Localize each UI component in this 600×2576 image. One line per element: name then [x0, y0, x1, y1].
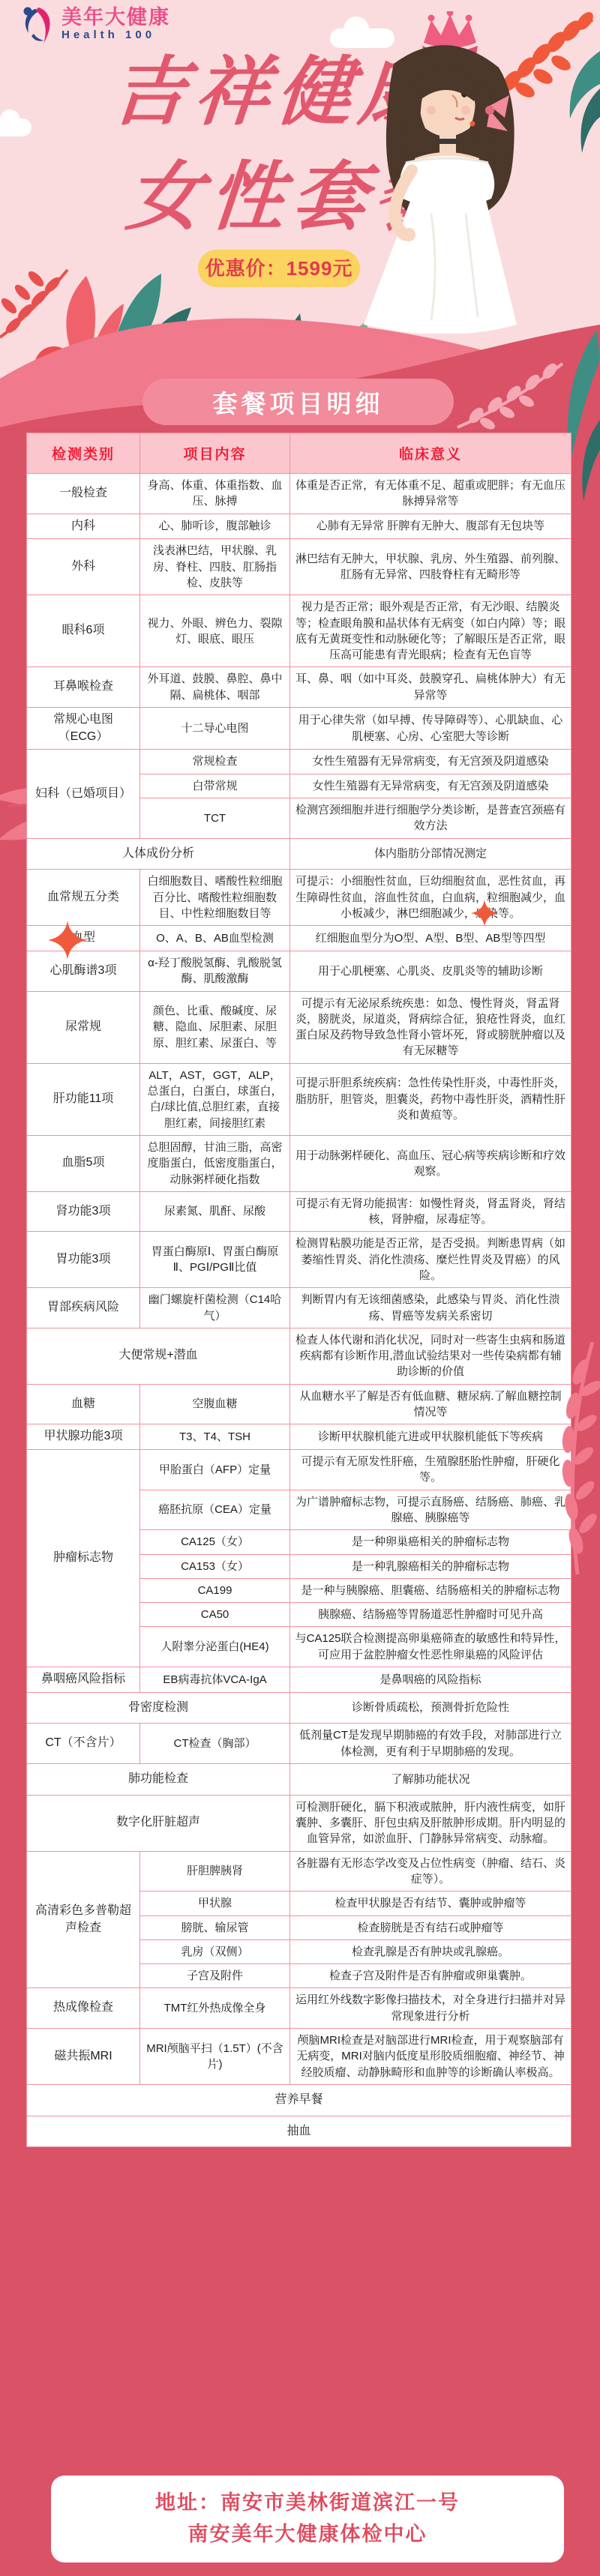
table-row: 眼科6项视力、外眼、辨色力、裂隙灯、眼底、眼压视力是否正常；眼外观是否正常，有无…: [27, 595, 571, 667]
column-header-item: 项目内容: [140, 433, 290, 474]
category-cell: 甲状腺功能3项: [27, 1424, 140, 1450]
table-row: 抽血: [27, 2116, 571, 2147]
table-row: 内科心、肺听诊，腹部触诊心肺有无异常 肝脾有无肿大、腹部有无包块等: [27, 514, 571, 539]
item-cell: 甲胎蛋白（AFP）定量: [140, 1450, 290, 1490]
meaning-cell: 检查人体代谢和消化状况，同时对一些寄生虫病和肠道疾病都有诊断作用,潜血试验结果对…: [290, 1328, 571, 1384]
item-cell: 颜色、比重、酸碱度、尿糖、隐血、尿胆素、尿胆原、胆红素、尿蛋白、等: [140, 991, 290, 1063]
category-cell: 血糖: [27, 1384, 140, 1424]
column-header-category: 检测类别: [27, 433, 140, 474]
meaning-cell: 女性生殖器有无异常病变，有无宫颈及阴道感染: [290, 750, 571, 774]
category-cell: 肝功能11项: [27, 1063, 140, 1135]
item-cell: 尿素氮、肌酐、尿酸: [140, 1191, 290, 1232]
meaning-cell: 心肺有无异常 肝脾有无肿大、腹部有无包块等: [290, 514, 571, 539]
table-row: 胃功能3项胃蛋白酶原Ⅰ、胃蛋白酶原Ⅱ、PGⅠ/PGⅡ比值检测胃粘膜功能是否正常，…: [27, 1232, 571, 1288]
meaning-cell: 低剂量CT是发现早期肺癌的有效手段，对肺部进行立体检测，更有利于早期肺癌的发现。: [290, 1724, 571, 1764]
table-row: 耳鼻喉检查外耳道、鼓膜、鼻腔、鼻中隔、扁桃体、咽部耳、鼻、咽（如中耳炎、鼓膜穿孔…: [27, 667, 571, 708]
item-cell: 甲状腺: [140, 1892, 290, 1916]
item-cell: T3、T4、TSH: [140, 1424, 290, 1450]
table-row: 血糖空腹血糖从血糖水平了解是否有低血糖、糖尿病.了解血糖控制情况等: [27, 1384, 571, 1424]
table-row: 外科浅表淋巴结，甲状腺、乳房、脊柱、四肢、肛肠指检、皮肤等淋巴结有无肿大，甲状腺…: [27, 539, 571, 595]
meaning-cell: 检查膀胱是否有结石或肿瘤等: [290, 1916, 571, 1939]
package-table: 检测类别 项目内容 临床意义 一般检查身高、体重、体重指数、血压、脉搏体重是否正…: [26, 433, 571, 2147]
category-cell: 肾功能3项: [27, 1191, 140, 1232]
meaning-cell: 胰腺癌、结肠癌等胃肠道恶性肿瘤时可见升高: [290, 1603, 571, 1627]
item-cell: 乳房（双侧）: [140, 1939, 290, 1963]
brand-name-cn: 美年大健康: [61, 6, 170, 28]
category-cell: 高清彩色多普勒超声检查: [27, 1851, 140, 1988]
category-cell: 妇科（已婚项目）: [27, 750, 140, 838]
item-cell: 浅表淋巴结，甲状腺、乳房、脊柱、四肢、肛肠指检、皮肤等: [140, 539, 290, 595]
table-row: 骨密度检测诊断骨质疏松，预测骨折危险性: [27, 1692, 571, 1724]
table-row: 甲状腺功能3项T3、T4、TSH诊断甲状腺机能亢进或甲状腺机能低下等疾病: [27, 1424, 571, 1450]
table-row: 妇科（已婚项目）常规检查女性生殖器有无异常病变，有无宫颈及阴道感染: [27, 750, 571, 774]
meaning-cell: 检测宫颈细胞并进行细胞学分类诊断，是普查宫颈癌有效方法: [290, 798, 571, 839]
item-cell: CA50: [140, 1603, 290, 1627]
merged-cell: 肺功能检查: [27, 1764, 290, 1796]
table-row: 大便常规+潜血检查人体代谢和消化状况，同时对一些寄生虫病和肠道疾病都有诊断作用,…: [27, 1328, 571, 1384]
table-row: 肺功能检查了解肺功能状况: [27, 1764, 571, 1796]
item-cell: 外耳道、鼓膜、鼻腔、鼻中隔、扁桃体、咽部: [140, 667, 290, 708]
table-row: 人体成份分析体内脂肪分部情况测定: [27, 838, 571, 870]
merged-cell: 抽血: [27, 2116, 571, 2147]
table-row: 尿常规颜色、比重、酸碱度、尿糖、隐血、尿胆素、尿胆原、胆红素、尿蛋白、等可提示有…: [27, 991, 571, 1063]
meaning-cell: 可提示有无肾功能损害：如慢性肾炎，肾盂肾炎，肾结核，肾肿瘤，尿毒症等。: [290, 1191, 571, 1232]
sparkle-icon: [48, 921, 87, 960]
meaning-cell: 检查乳腺是否有肿块或乳腺癌。: [290, 1939, 571, 1963]
merged-cell: 人体成份分析: [27, 838, 290, 870]
item-cell: 胃蛋白酶原Ⅰ、胃蛋白酶原Ⅱ、PGⅠ/PGⅡ比值: [140, 1232, 290, 1288]
table-body: 一般检查身高、体重、体重指数、血压、脉搏体重是否正常，有无体重不足、超重或肥胖；…: [27, 474, 571, 2147]
merged-cell: 大便常规+潜血: [27, 1328, 290, 1384]
item-cell: 总胆固醇，甘油三脂，高密度脂蛋白，低密度脂蛋白，动脉粥样硬化指数: [140, 1135, 290, 1191]
item-cell: CA153（女）: [140, 1554, 290, 1578]
category-cell: 胃部疾病风险: [27, 1288, 140, 1328]
meaning-cell: 体重是否正常，有无体重不足、超重或肥胖；有无血压脉搏异常等: [290, 474, 571, 514]
poster-page: 美年大健康 Health 100 吉祥健康 女性套餐: [0, 0, 600, 2576]
category-cell: 血脂5项: [27, 1135, 140, 1191]
table-row: 肝功能11项ALT，AST，GGT，ALP，总蛋白，白蛋白，球蛋白，白/球比值,…: [27, 1063, 571, 1135]
category-cell: 内科: [27, 514, 140, 539]
meaning-cell: 视力是否正常；眼外观是否正常，有无沙眼、结膜炎等；检查眼角膜和晶状体有无病变（如…: [290, 595, 571, 667]
section-banner-label: 套餐项目明细: [213, 385, 384, 420]
meaning-cell: 为广谱肿瘤标志物，可提示直肠癌、结肠癌、肺癌、乳腺癌、胰腺癌等: [290, 1490, 571, 1530]
meaning-cell: 是一种乳腺癌相关的肿瘤标志物: [290, 1554, 571, 1578]
item-cell: 空腹血糖: [140, 1384, 290, 1424]
table-row: 肿瘤标志物甲胎蛋白（AFP）定量可提示有无原发性肝癌，生殖腺胚胎性肿瘤，肝硬化等…: [27, 1450, 571, 1490]
item-cell: 肝胆脾胰肾: [140, 1851, 290, 1892]
category-cell: 肿瘤标志物: [27, 1450, 140, 1667]
section-banner: 套餐项目明细: [142, 379, 454, 425]
table-row: 数字化肝脏超声可检测肝硬化，膈下积液或脓肿，肝内液性病变，如肝囊肿、多囊肝、肝包…: [27, 1795, 571, 1851]
meaning-cell: 检测胃粘膜功能是否正常，是否受损。判断患胃病（如萎缩性胃炎、消化性溃疡、糜烂性胃…: [290, 1232, 571, 1288]
item-cell: CT检查（胸部）: [140, 1724, 290, 1764]
item-cell: ALT，AST，GGT，ALP，总蛋白，白蛋白，球蛋白，白/球比值,总胆红素，直…: [140, 1063, 290, 1135]
item-cell: α-羟丁酸脱氢酶、乳酸脱氢酶、肌酸激酶: [140, 951, 290, 991]
item-cell: 幽门螺旋杆菌检测（C14哈气）: [140, 1288, 290, 1328]
meaning-cell: 可提示：小细胞性贫血，巨幼细胞贫血，恶性贫血，再生障碍性贫血，溶血性贫血，白血病…: [290, 870, 571, 926]
item-cell: 身高、体重、体重指数、血压、脉搏: [140, 474, 290, 514]
item-cell: 人附睾分泌蛋白(HE4): [140, 1627, 290, 1667]
item-cell: 子宫及附件: [140, 1964, 290, 1988]
category-cell: 鼻咽癌风险指标: [27, 1667, 140, 1693]
table-row: 胃部疾病风险幽门螺旋杆菌检测（C14哈气）判断胃内有无该细菌感染，此感染与胃炎、…: [27, 1288, 571, 1328]
meaning-cell: 耳、鼻、咽（如中耳炎、鼓膜穿孔、扁桃体肿大）有无异常等: [290, 667, 571, 708]
merged-cell: 数字化肝脏超声: [27, 1795, 290, 1851]
merged-cell: 营养早餐: [27, 2084, 571, 2116]
meaning-cell: 可提示有无泌尿系统疾患：如急、慢性肾炎，肾盂肾炎，膀胱炎，尿道炎，肾病综合征，狼…: [290, 991, 571, 1063]
category-cell: 常规心电图（ECG）: [27, 707, 140, 749]
item-cell: O、A、B、AB血型检测: [140, 926, 290, 951]
table-row: 心肌酶谱3项α-羟丁酸脱氢酶、乳酸脱氢酶、肌酸激酶用于心肌梗塞、心肌炎、皮肌炎等…: [27, 951, 571, 991]
item-cell: 心、肺听诊，腹部触诊: [140, 514, 290, 539]
address-line2: 南安美年大健康体检中心: [58, 2519, 556, 2551]
meaning-cell: 用于动脉粥样硬化、高血压、冠心病等疾病诊断和疗效观察。: [290, 1135, 571, 1191]
table-row: 磁共振MRIMRI颅脑平扫（1.5T）(不含片)颅脑MRI检查是对脑部进行MRI…: [27, 2029, 571, 2085]
meaning-cell: 从血糖水平了解是否有低血糖、糖尿病.了解血糖控制情况等: [290, 1384, 571, 1424]
meaning-cell: 用于心肌梗塞、心肌炎、皮肌炎等的辅助诊断: [290, 951, 571, 991]
meaning-cell: 诊断甲状腺机能亢进或甲状腺机能低下等疾病: [290, 1424, 571, 1450]
merged-cell: 骨密度检测: [27, 1692, 290, 1724]
meaning-cell: 红细胞血型分为O型、A型、B型、AB型等四型: [290, 926, 571, 951]
brand-logo: 美年大健康 Health 100: [21, 6, 170, 49]
item-cell: MRI颅脑平扫（1.5T）(不含片): [140, 2029, 290, 2085]
item-cell: 膀胱、输尿管: [140, 1916, 290, 1939]
table-row: 血型O、A、B、AB血型检测红细胞血型分为O型、A型、B型、AB型等四型: [27, 926, 571, 951]
item-cell: 视力、外眼、辨色力、裂隙灯、眼底、眼压: [140, 595, 290, 667]
item-cell: 癌胚抗原（CEA）定量: [140, 1490, 290, 1530]
meaning-cell: 是一种卵巢癌相关的肿瘤标志物: [290, 1530, 571, 1554]
table-header-row: 检测类别 项目内容 临床意义: [27, 433, 571, 474]
brand-name-en: Health 100: [61, 28, 170, 42]
category-cell: 热成像检查: [27, 1988, 140, 2029]
meaning-cell: 了解肺功能状况: [290, 1764, 571, 1796]
meaning-cell: 可检测肝硬化，膈下积液或脓肿，肝内液性病变，如肝囊肿、多囊肝、肝包虫病及肝脓肿形…: [290, 1795, 571, 1851]
table-row: 一般检查身高、体重、体重指数、血压、脉搏体重是否正常，有无体重不足、超重或肥胖；…: [27, 474, 571, 514]
category-cell: 外科: [27, 539, 140, 595]
address-card: 地址：南安市美林街道滨江一号 南安美年大健康体检中心: [51, 2476, 564, 2563]
category-cell: 耳鼻喉检查: [27, 667, 140, 708]
meaning-cell: 体内脂肪分部情况测定: [290, 838, 571, 870]
category-cell: 尿常规: [27, 991, 140, 1063]
meaning-cell: 是鼻咽癌的风险指标: [290, 1667, 571, 1693]
meaning-cell: 颅脑MRI检查是对脑部进行MRI检查，用于观察脑部有无病变，MRI对脑内低度星形…: [290, 2029, 571, 2085]
table-row: 血脂5项总胆固醇，甘油三脂，高密度脂蛋白，低密度脂蛋白，动脉粥样硬化指数用于动脉…: [27, 1135, 571, 1191]
category-cell: 一般检查: [27, 474, 140, 514]
category-cell: CT（不含片）: [27, 1724, 140, 1764]
meaning-cell: 用于心律失常（如早搏、传导障碍等）、心肌缺血、心肌梗塞、心房、心室肥大等诊断: [290, 707, 571, 749]
meaning-cell: 女性生殖器有无异常病变，有无宫颈及阴道感染: [290, 774, 571, 798]
item-cell: CA125（女）: [140, 1530, 290, 1554]
meaning-cell: 诊断骨质疏松，预测骨折危险性: [290, 1692, 571, 1724]
table-row: 鼻咽癌风险指标EB病毒抗体VCA-IgA是鼻咽癌的风险指标: [27, 1667, 571, 1693]
meaning-cell: 是一种与胰腺癌、胆囊癌、结肠癌相关的肿瘤标志物: [290, 1578, 571, 1602]
table-row: 热成像检查TMT红外热成像全身运用红外线数字影像扫描技术，对全身进行扫描并对异常…: [27, 1988, 571, 2029]
table-row: 营养早餐: [27, 2084, 571, 2116]
meaning-cell: 淋巴结有无肿大，甲状腺、乳房、外生殖器、前列腺、肛肠有无异常、四肢脊柱有无畸形等: [290, 539, 571, 595]
meaning-cell: 与CA125联合检测提高卵巢癌筛查的敏感性和特异性，可应用于盆腔肿瘤女性恶性卵巢…: [290, 1627, 571, 1667]
category-cell: 眼科6项: [27, 595, 140, 667]
table-row: 肾功能3项尿素氮、肌酐、尿酸可提示有无肾功能损害：如慢性肾炎，肾盂肾炎，肾结核，…: [27, 1191, 571, 1232]
item-cell: 常规检查: [140, 750, 290, 774]
sparkle-icon: [471, 900, 498, 927]
table-row: 高清彩色多普勒超声检查肝胆脾胰肾各脏器有无形态学改变及占位性病变（肿瘤、结石、炎…: [27, 1851, 571, 1892]
table-row: CT（不含片）CT检查（胸部）低剂量CT是发现早期肺癌的有效手段，对肺部进行立体…: [27, 1724, 571, 1764]
item-cell: 白细胞数目、嗜酸性粒细胞百分比、嗜酸性粒细胞数目、中性粒细胞数目等: [140, 870, 290, 926]
pink-fern-icon: [547, 1342, 600, 1582]
item-cell: EB病毒抗体VCA-IgA: [140, 1667, 290, 1693]
meaning-cell: 判断胃内有无该细菌感染，此感染与胃炎、消化性溃疡、胃癌等发病关系密切: [290, 1288, 571, 1328]
item-cell: TCT: [140, 798, 290, 839]
item-cell: 十二导心电图: [140, 707, 290, 749]
meaning-cell: 各脏器有无形态学改变及占位性病变（肿瘤、结石、炎症等）。: [290, 1851, 571, 1892]
column-header-meaning: 临床意义: [290, 433, 571, 474]
address-line1: 地址：南安市美林街道滨江一号: [58, 2488, 556, 2519]
category-cell: 血常规五分类: [27, 870, 140, 926]
price-badge: 优惠价：1599元: [198, 250, 360, 287]
meaning-cell: 检查甲状腺是否有结节、囊肿或肿瘤等: [290, 1892, 571, 1916]
item-cell: 白带常规: [140, 774, 290, 798]
meaning-cell: 检查子宫及附件是否有肿瘤或卵巢囊肿。: [290, 1964, 571, 1988]
meaning-cell: 可提示肝胆系统疾病：急性传染性肝炎，中毒性肝炎，脂肪肝，胆管炎，胆囊炎，药物中毒…: [290, 1063, 571, 1135]
meaning-cell: 运用红外线数字影像扫描技术，对全身进行扫描并对异常现象进行分析: [290, 1988, 571, 2029]
brand-logo-icon: [21, 6, 55, 49]
item-cell: CA199: [140, 1578, 290, 1602]
item-cell: TMT红外热成像全身: [140, 1988, 290, 2029]
category-cell: 胃功能3项: [27, 1232, 140, 1288]
table-row: 常规心电图（ECG）十二导心电图用于心律失常（如早搏、传导障碍等）、心肌缺血、心…: [27, 707, 571, 749]
meaning-cell: 可提示有无原发性肝癌，生殖腺胚胎性肿瘤，肝硬化等。: [290, 1450, 571, 1490]
category-cell: 磁共振MRI: [27, 2029, 140, 2085]
cloud-icon: [0, 118, 31, 136]
